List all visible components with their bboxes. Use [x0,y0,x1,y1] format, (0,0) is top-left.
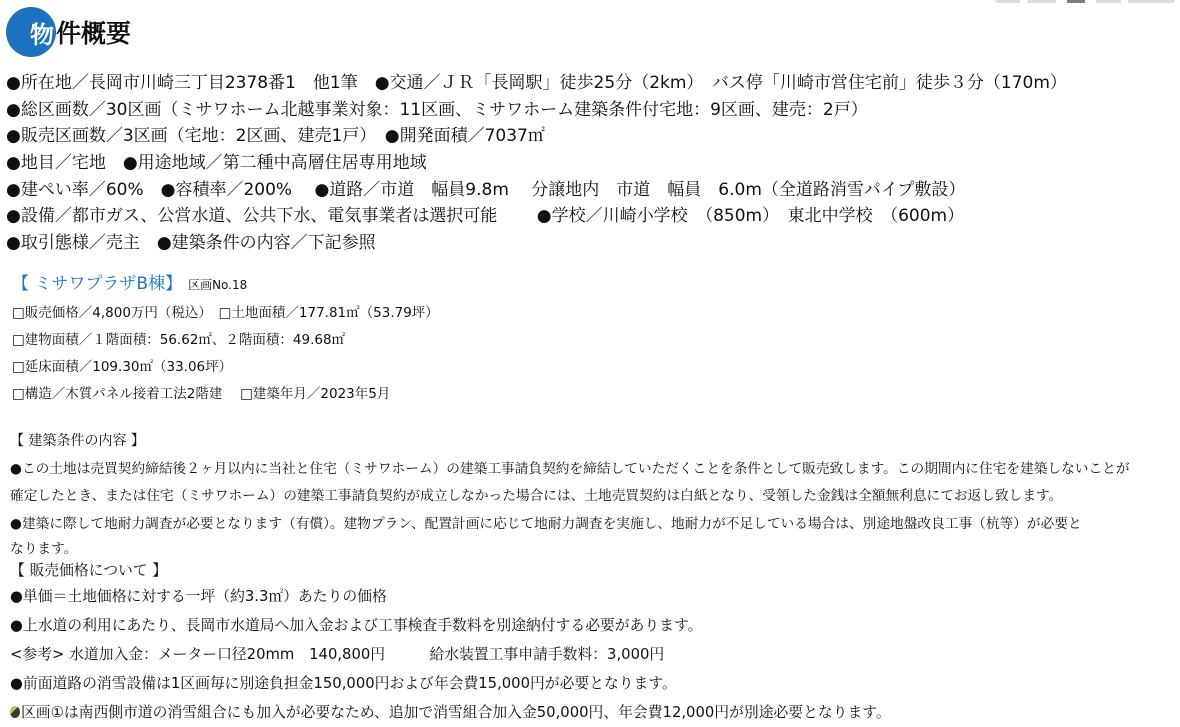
title-circle-badge: 物 [6,7,56,57]
pricing-line-text: 区画①は南西側市道の消雪組合にも加入が必要なため、追加で消雪組合加入金50,00… [21,704,891,721]
conditions-line: ●この土地は売買契約締結後２ヶ月以内に当社と住宅（ミサワホーム）の建築工事請負契… [10,456,1178,484]
cropped-logo-fragment [995,0,1175,3]
conditions-line: ●建築に際して地耐力調査が必要となります（有償）。建物プラン、配置計画に応じて地… [10,511,1178,539]
pricing-heading: 【 販売価格について 】 [10,560,1178,582]
property-name: 【 ミサワプラザB棟】 [12,274,182,294]
property-spec: 【 ミサワプラザB棟】区画No.18 □販売価格／4,800万円（税込） □土地… [12,270,439,408]
property-heading: 【 ミサワプラザB棟】区画No.18 [12,270,439,300]
overview-location-transport: ●所在地／長岡市川崎三丁目2378番1 他1筆 ●交通／ＪＲ「長岡駅」徒歩25分… [6,70,1067,97]
property-lot-number: 区画No.18 [188,278,247,292]
spec-price-land: □販売価格／4,800万円（税込） □土地面積／177.81㎡（53.79坪） [12,300,439,327]
spec-building-area: □建物面積／１階面積：56.62㎡、２階面積：49.68㎡ [12,327,439,354]
overview-facilities-school: ●設備／都市ガス、公営水道、公共下水、電気事業者は選択可能 ●学校／川崎小学校 … [6,203,1067,230]
overview-total-lots: ●総区画数／30区画（ミサワホーム北越事業対象：11区画、ミサワホーム建築条件付… [6,97,1067,124]
overview-sale-lots: ●販売区画数／3区画（宅地：2区画、建売1戸） ●開発面積／7037㎡ [6,123,1067,150]
overview-transaction: ●取引態様／売主 ●建築条件の内容／下記参照 [6,230,1067,257]
pricing-line-last: 区画①は南西側市道の消雪組合にも加入が必要なため、追加で消雪組合加入金50,00… [10,698,1178,727]
conditions-line: なります。 [10,538,1178,560]
spec-structure-date: □構造／木質パネル接着工法2階建 □建築年月／2023年5月 [12,381,439,408]
conditions-heading: 【 建築条件の内容 】 [10,428,1178,456]
overview-coverage-road: ●建ぺい率／60% ●容積率／200% ●道路／市道 幅員9.8m 分譲地内 市… [6,177,1067,204]
conditions-line: 確定したとき、または住宅（ミサワホーム）の建築工事請負契約が成立しなかった場合に… [10,483,1178,511]
pricing-line: ●上水道の利用にあたり、長岡市水道局へ加入金および工事検査手数料を別途納付する必… [10,611,1178,640]
pricing-line: ●前面道路の消雪設備は1区画毎に別途負担金150,000円および年会費15,00… [10,669,1178,698]
section-title: 物 件概要 [6,6,131,58]
notes-section: 【 建築条件の内容 】 ●この土地は売買契約締結後２ヶ月以内に当社と住宅（ミサワ… [10,428,1178,727]
page-title: 件概要 [56,14,131,50]
title-circle-char: 物 [30,15,54,50]
pricing-line: ●単価＝土地価格に対する一坪（約3.3㎡）あたりの価格 [10,582,1178,611]
property-overview: ●所在地／長岡市川崎三丁目2378番1 他1筆 ●交通／ＪＲ「長岡駅」徒歩25分… [6,70,1067,257]
spec-floor-area: □延床面積／109.30㎡（33.06坪） [12,354,439,381]
pricing-line: <参考> 水道加入金：メーター口径20mm 140,800円 給水装置工事申請手… [10,640,1178,669]
bullet-icon [10,706,20,718]
overview-land-use: ●地目／宅地 ●用途地域／第二種中高層住居専用地域 [6,150,1067,177]
